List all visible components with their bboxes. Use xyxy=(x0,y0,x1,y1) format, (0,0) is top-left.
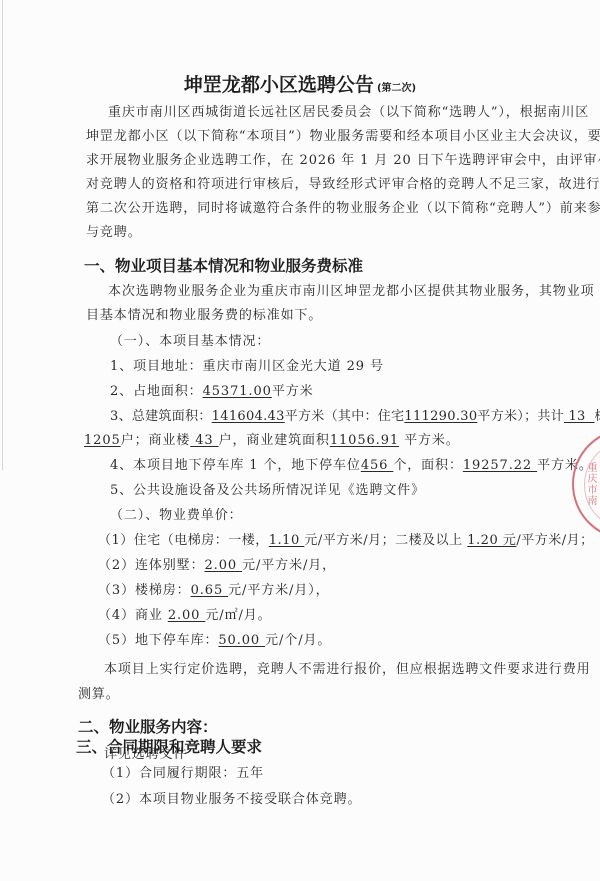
item-project-address: 1、项目地址：重庆市南川区金光大道 29 号 xyxy=(110,359,384,375)
fee-parking: （5）地下停车库：50.00 元/个/月。 xyxy=(98,633,331,649)
section-2-heading: 二、物业服务内容： xyxy=(78,715,218,737)
pricing-note-line-1: 本项目上实行定价选聘，竞聘人不需进行报价，但应根据选聘文件要求进行费用 xyxy=(104,662,591,678)
section-1-para-line-1: 本次选聘物业服务企业为重庆市南川区坤罡龙都小区提供其物业服务，其物业项 xyxy=(108,284,595,300)
fee-commercial: （4）商业 2.00 元/㎡/月。 xyxy=(98,608,272,624)
document-page: 坤罡龙都小区选聘公告(第二次) 重庆市南川区西城街道长远社区居民委员会（以下简称… xyxy=(0,0,600,881)
fee-stair-value: 0.65 xyxy=(191,583,229,598)
fee-parking-value: 50.00 xyxy=(218,633,265,648)
item-public-facilities: 5、公共设施设备及公共场所情况详见《选聘文件》 xyxy=(110,483,425,499)
fee-residential: （1）住宅（电梯房：一楼，1.10 元/平方米/月；二楼及以上 1.20 元/平… xyxy=(98,533,594,549)
fee-first-floor-value: 1.10 xyxy=(269,533,305,548)
household-count-value: 1205 xyxy=(84,433,121,448)
land-area-value: 45371.00 xyxy=(203,384,272,399)
item-land-area: 2、占地面积：45371.00平方米 xyxy=(110,384,314,400)
intro-line-5: 第二次公开选聘，同时将诚邀符合条件的物业服务企业（以下简称“竞聘人”）前来参 xyxy=(86,201,600,217)
section-3-item-1: （1）合同履行期限：五年 xyxy=(102,766,264,782)
intro-line-3: 求开展物业服务企业选聘工作，在 2026 年 1 月 20 日下午选聘评审会中，… xyxy=(86,153,600,169)
intro-line-6: 与竞聘。 xyxy=(86,225,142,241)
document-title: 坤罡龙都小区选聘公告(第二次) xyxy=(0,70,600,97)
commercial-units-value: 43 xyxy=(190,433,218,448)
pricing-note-line-2: 测算。 xyxy=(78,687,120,703)
commercial-area-value: 11056.91 xyxy=(330,433,399,448)
item-total-building-area: 3、总建筑面积：141604.43平方米（其中：住宅111290.30平方米）；… xyxy=(110,409,600,425)
parking-spaces-value: 456 xyxy=(361,458,394,473)
total-area-value: 141604.43 xyxy=(212,409,285,424)
intro-line-4: 对竞聘人的资格和符项进行审核后，导致经形式评审合格的竞聘人不足三家，故进行 xyxy=(86,177,600,193)
fee-commercial-value: 2.00 xyxy=(168,608,206,623)
title-text: 坤罡龙都小区选聘公告 xyxy=(184,74,374,96)
item-total-building-area-cont: 1205户；商业楼 43 户，商业建筑面积11056.91 平方米。 xyxy=(84,433,460,449)
intro-line-2: 坤罡龙都小区（以下简称“本项目”）物业服务需要和经本项目小区业主大会决议，要 xyxy=(86,129,600,145)
residential-area-value: 111290.30 xyxy=(404,409,477,424)
section-1-heading: 一、物业项目基本情况和物业服务费标准 xyxy=(84,254,363,276)
parking-area-value: 19257.22 xyxy=(463,458,537,473)
fee-villa: （2）连体别墅：2.00 元/平方米/月， xyxy=(98,558,336,574)
fee-stair-building: （3）楼梯房：0.65 元/平方米/月）， xyxy=(98,583,330,599)
section-1-para-line-2: 目基本情况和物业服务费的标准如下。 xyxy=(86,308,322,324)
sub-heading-basic-info: （一）、本项目基本情况： xyxy=(110,334,270,350)
title-suffix: (第二次) xyxy=(377,83,416,94)
official-seal-text: 重庆市南 xyxy=(583,462,598,506)
section-3-item-2: （2）本项目物业服务不接受联合体竞聘。 xyxy=(102,792,361,808)
building-count-value: 13 xyxy=(564,409,594,424)
fee-villa-value: 2.00 xyxy=(204,558,242,573)
item-parking: 4、本项目地下停车库 1 个，地下停车位456 个，面积：19257.22 平方… xyxy=(110,458,593,474)
intro-line-1: 重庆市南川区西城街道长远社区居民委员会（以下简称“选聘人”），根据南川区 xyxy=(108,105,589,121)
sub-heading-fee-rates: （二）、物业费单价： xyxy=(110,508,243,524)
project-address-value: 重庆市南川区金光大道 29 号 xyxy=(203,359,384,374)
section-3-heading: 三、合同期限和竞聘人要求 xyxy=(76,735,262,757)
fee-upper-floor-value: 1.20 元 xyxy=(467,533,516,548)
